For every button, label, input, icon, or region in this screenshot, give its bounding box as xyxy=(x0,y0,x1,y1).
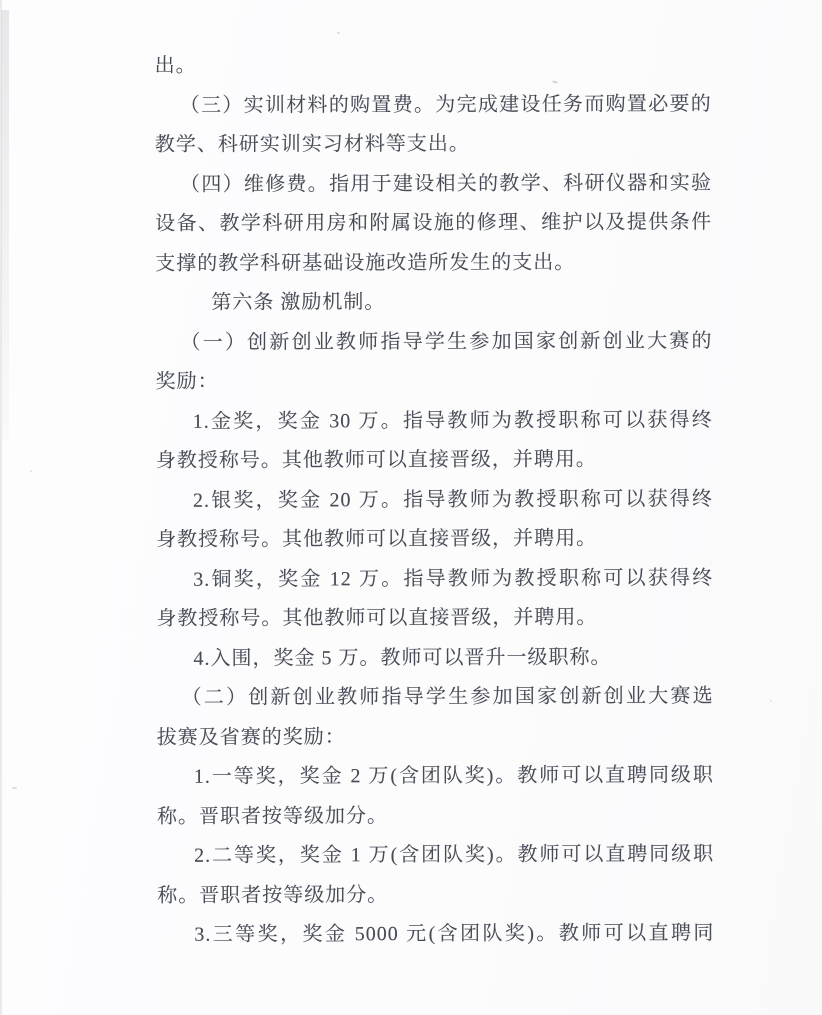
scan-speck xyxy=(12,787,17,789)
doc-line-1-paragraph-end: 出。 xyxy=(155,45,712,86)
doc-line-4-item-four: （四）维修费。指用于建设相关的教学、科研仪器和实验 xyxy=(155,164,712,205)
doc-line-22: 称。晋职者按等级加分。 xyxy=(157,875,714,916)
doc-line-6: 支撑的教学科研基础设施改造所发生的支出。 xyxy=(155,243,712,284)
scanned-document-page: 出。 （三）实训材料的购置费。为完成建设任务而购置必要的 教学、科研实训实习材料… xyxy=(0,0,822,1015)
scan-speck xyxy=(337,32,340,34)
doc-line-5: 设备、教学科研用房和附属设施的修理、维护以及提供条件 xyxy=(155,203,712,244)
doc-line-13: 身教授称号。其他教师可以直接晋级，并聘用。 xyxy=(156,519,713,560)
document-text-block: 出。 （三）实训材料的购置费。为完成建设任务而购置必要的 教学、科研实训实习材料… xyxy=(155,45,715,955)
scan-speck xyxy=(770,700,772,702)
doc-line-19-first-prize: 1.一等奖，奖金 2 万(含团队奖)。教师可以直聘同级职 xyxy=(157,756,714,797)
scan-edge-strip xyxy=(1,10,9,440)
doc-line-16-finalist-award: 4.入围，奖金 5 万。教师可以晋升一级职称。 xyxy=(156,638,713,679)
doc-line-3: 教学、科研实训实习材料等支出。 xyxy=(155,124,712,165)
doc-line-7-article-six-heading: 第六条 激励机制。 xyxy=(155,282,712,323)
doc-line-21-second-prize: 2.二等奖，奖金 1 万(含团队奖)。教师可以直聘同级职 xyxy=(157,835,714,876)
doc-line-15: 身教授称号。其他教师可以直接晋级，并聘用。 xyxy=(156,598,713,639)
doc-line-9: 奖励： xyxy=(156,361,713,402)
doc-line-23-third-prize: 3.三等奖，奖金 5000 元(含团队奖)。教师可以直聘同 xyxy=(157,914,714,955)
doc-line-12-silver-award: 2.银奖，奖金 20 万。指导教师为教授职称可以获得终 xyxy=(156,480,713,521)
doc-line-10-gold-award: 1.金奖，奖金 30 万。指导教师为教授职称可以获得终 xyxy=(156,401,713,442)
doc-line-11: 身教授称号。其他教师可以直接晋级，并聘用。 xyxy=(156,440,713,481)
doc-line-17-item-two: （二）创新创业教师指导学生参加国家创新创业大赛选 xyxy=(157,677,714,718)
doc-line-14-bronze-award: 3.铜奖，奖金 12 万。指导教师为教授职称可以获得终 xyxy=(156,559,713,600)
doc-line-20: 称。晋职者按等级加分。 xyxy=(157,796,714,837)
doc-line-8-item-one: （一）创新创业教师指导学生参加国家创新创业大赛的 xyxy=(155,322,712,363)
scan-speck xyxy=(30,470,32,472)
doc-line-2-item-three: （三）实训材料的购置费。为完成建设任务而购置必要的 xyxy=(155,85,712,126)
doc-line-18: 拔赛及省赛的奖励： xyxy=(157,717,714,758)
